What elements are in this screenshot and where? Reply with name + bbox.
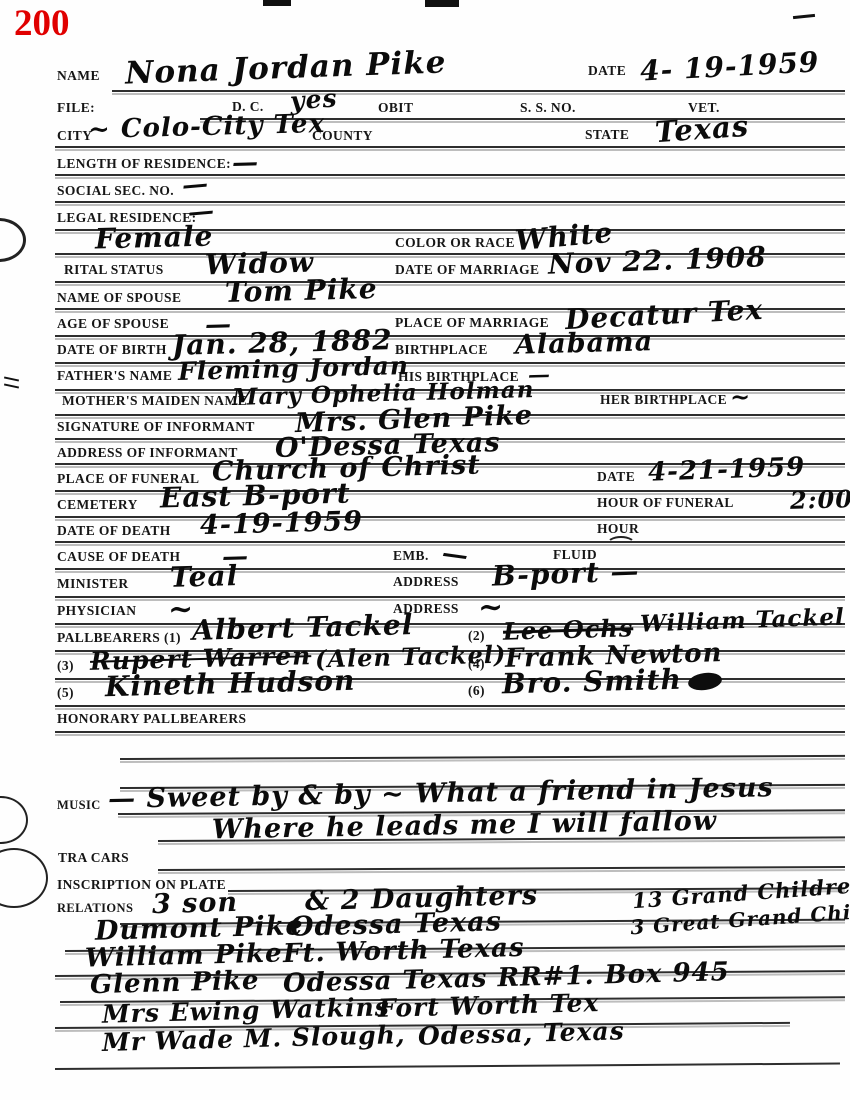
social-sec-no-label: SOCIAL SEC. NO. (57, 183, 174, 199)
ruled-line (55, 174, 845, 176)
record-index-number: 200 (14, 2, 70, 45)
cemetery-label: CEMETERY (57, 497, 138, 513)
music-label: MUSIC (57, 798, 101, 813)
ruled-line (120, 755, 845, 760)
ruled-line (55, 731, 845, 733)
ink-blot (687, 671, 723, 693)
minister-label: MINISTER (57, 576, 128, 592)
length-of-residence-value: — (232, 148, 260, 179)
relations-label: RELATIONS (57, 901, 133, 916)
pallbearers-5-label: (5) (57, 685, 74, 701)
city-label: CITY (57, 128, 92, 144)
funeral-date-label: DATE (597, 469, 635, 485)
hour-label: HOUR (597, 521, 639, 537)
relation-row-name: Glenn Pike (90, 966, 260, 1000)
birthplace-value: Alabama (515, 326, 654, 361)
pen-mark (606, 536, 636, 554)
file-label: FILE: (57, 100, 95, 116)
obit-label: OBIT (378, 100, 413, 116)
fathers-name-label: FATHER'S NAME (57, 368, 172, 384)
state-label: STATE (585, 127, 629, 143)
hole-punch-mark (0, 848, 48, 908)
pallbearers-3-label: (3) (57, 658, 74, 674)
ss-no-label: S. S. NO. (520, 100, 576, 116)
pallbearers-6-label: (6) (468, 683, 485, 699)
scan-artifact (793, 14, 815, 19)
pallbearers-2-value: William Tackel (640, 603, 846, 637)
address-of-informant-label: ADDRESS OF INFORMANT (57, 445, 238, 461)
ruled-line (55, 516, 845, 518)
marital-status-label: RITAL STATUS (64, 262, 164, 278)
state-value: Texas (654, 109, 750, 149)
emb-label: EMB. (393, 548, 429, 564)
name-of-spouse-value: Tom Pike (225, 272, 378, 309)
cause-of-death-label: CAUSE OF DEATH (57, 549, 180, 565)
her-birthplace-label: HER BIRTHPLACE (600, 392, 727, 408)
date-of-marriage-value: Nov 22. 1908 (547, 240, 767, 281)
hour-of-funeral-value: 2:00 (790, 484, 850, 515)
hole-punch-mark (0, 796, 28, 844)
age-of-spouse-label: AGE OF SPOUSE (57, 316, 169, 332)
hole-punch-mark (4, 376, 19, 381)
mothers-maiden-name-label: MOTHER'S MAIDEN NAME (62, 393, 247, 409)
date-label: DATE (588, 63, 626, 79)
hour-of-funeral-label: HOUR OF FUNERAL (597, 495, 734, 511)
relation-row-place: Odessa, Texas (418, 1016, 625, 1050)
ruled-line (55, 201, 845, 203)
sex-value: Female (95, 219, 214, 255)
physician-label: PHYSICIAN (57, 603, 136, 619)
minister-value: Teal (170, 559, 239, 594)
funeral-record-scan: 200 NAME Nona Jordan Pike DATE 4- 19-195… (0, 0, 850, 1100)
ruled-line (55, 146, 845, 148)
ruled-line (112, 90, 845, 92)
ruled-line (158, 866, 845, 871)
her-birthplace-value: ~ (730, 382, 752, 412)
name-value: Nona Jordan Pike (124, 44, 447, 91)
pallbearers-5-value: Kineth Hudson (105, 664, 356, 704)
minister-address-value: B-port — (491, 554, 640, 592)
date-value: 4- 19-1959 (639, 45, 820, 87)
birthplace-label: BIRTHPLACE (395, 342, 488, 358)
scan-artifact (425, 0, 459, 7)
hole-punch-mark (0, 218, 26, 262)
minister-address-label: ADDRESS (393, 574, 459, 590)
ruled-line (55, 705, 845, 707)
pallbearers-1-label: PALLBEARERS (1) (57, 630, 181, 646)
name-label: NAME (57, 68, 100, 84)
physician-value: ~ (168, 592, 195, 628)
date-of-birth-label: DATE OF BIRTH (57, 342, 167, 358)
funeral-date-value: 4-21-1959 (648, 452, 806, 487)
ruled-line (55, 1063, 840, 1070)
physician-address-value: ~ (478, 590, 505, 626)
signature-of-informant-label: SIGNATURE OF INFORMANT (57, 419, 255, 435)
extra-cars-label: TRA CARS (58, 850, 129, 866)
scan-artifact (263, 0, 291, 6)
ruled-line (55, 281, 845, 283)
color-or-race-label: COLOR OR RACE (395, 235, 515, 251)
honorary-pallbearers-label: HONORARY PALLBEARERS (57, 711, 246, 727)
city-value: ~ Colo-City Tex (88, 109, 326, 145)
ruled-line (55, 362, 845, 364)
date-of-death-label: DATE OF DEATH (57, 523, 171, 539)
emb-value: — (440, 538, 471, 571)
date-of-death-value: 4-19-1959 (200, 506, 364, 541)
date-of-marriage-label: DATE OF MARRIAGE (395, 262, 539, 278)
hole-punch-mark (4, 383, 19, 388)
pallbearers-6-value: Bro. Smith (502, 663, 683, 701)
name-of-spouse-label: NAME OF SPOUSE (57, 290, 181, 306)
